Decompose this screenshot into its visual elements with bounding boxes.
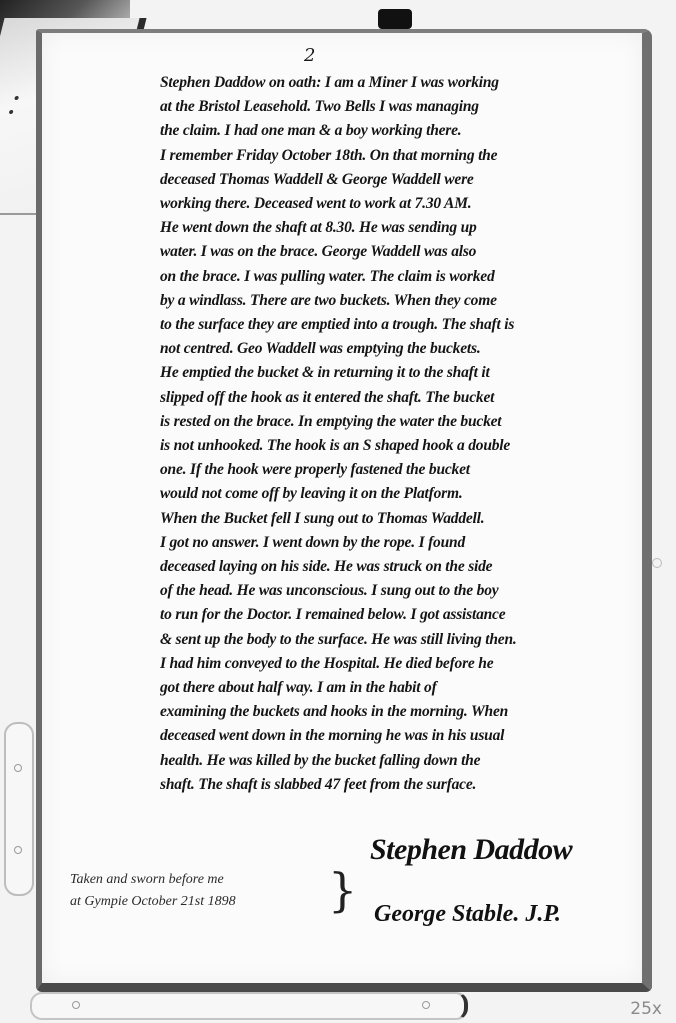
text-line: He emptied the bucket & in returning it … <box>160 361 630 385</box>
text-line: health. He was killed by the bucket fall… <box>160 749 630 773</box>
manuscript-page: 2 Stephen Daddow on oath: I am a Miner I… <box>36 29 652 992</box>
brace-mark: } <box>328 863 357 917</box>
text-line: He went down the shaft at 8.30. He was s… <box>160 216 630 240</box>
text-line: is rested on the brace. In emptying the … <box>160 410 630 434</box>
jurat-line: at Gympie October 21st 1898 <box>70 891 236 913</box>
text-line: to run for the Doctor. I remained below.… <box>160 603 630 627</box>
binder-tab <box>378 9 412 29</box>
deposition-text: Stephen Daddow on oath: I am a Miner I w… <box>160 71 630 797</box>
text-line: to the surface they are emptied into a t… <box>160 313 630 337</box>
ink-spot <box>9 110 14 114</box>
deponent-signature: Stephen Daddow <box>370 833 572 867</box>
punch-hole-icon <box>422 1001 430 1009</box>
text-line: shaft. The shaft is slabbed 47 feet from… <box>160 773 630 797</box>
jurat-line: Taken and sworn before me <box>70 869 236 891</box>
text-line: deceased Thomas Waddell & George Waddell… <box>160 168 630 192</box>
text-line: by a windlass. There are two buckets. Wh… <box>160 289 630 313</box>
text-line: water. I was on the brace. George Waddel… <box>160 240 630 264</box>
text-line: I remember Friday October 18th. On that … <box>160 144 630 168</box>
text-line: one. If the hook were properly fastened … <box>160 458 630 482</box>
jurat: Taken and sworn before me at Gympie Octo… <box>70 869 236 913</box>
text-line: got there about half way. I am in the ha… <box>160 676 630 700</box>
text-line: working there. Deceased went to work at … <box>160 192 630 216</box>
text-line: on the brace. I was pulling water. The c… <box>160 265 630 289</box>
text-line: examining the buckets and hooks in the m… <box>160 700 630 724</box>
text-line: at the Bristol Leasehold. Two Bells I wa… <box>160 95 630 119</box>
ink-spot <box>14 96 19 100</box>
punch-hole-icon <box>14 764 22 772</box>
text-line: When the Bucket fell I sung out to Thoma… <box>160 507 630 531</box>
zoom-level-label: 25x <box>630 999 662 1019</box>
text-line: I got no answer. I went down by the rope… <box>160 531 630 555</box>
punch-hole-icon <box>652 558 662 568</box>
text-line: not centred. Geo Waddell was emptying th… <box>160 337 630 361</box>
text-line: would not come off by leaving it on the … <box>160 482 630 506</box>
text-line: the claim. I had one man & a boy working… <box>160 119 630 143</box>
punch-hole-icon <box>72 1001 80 1009</box>
text-line: slipped off the hook as it entered the s… <box>160 386 630 410</box>
text-line: I had him conveyed to the Hospital. He d… <box>160 652 630 676</box>
page-number: 2 <box>304 45 315 66</box>
text-line: deceased went down in the morning he was… <box>160 724 630 748</box>
text-line: Stephen Daddow on oath: I am a Miner I w… <box>160 71 630 95</box>
justice-signature: George Stable. J.P. <box>374 901 561 928</box>
text-line: is not unhooked. The hook is an S shaped… <box>160 434 630 458</box>
text-line: & sent up the body to the surface. He wa… <box>160 628 630 652</box>
text-line: of the head. He was unconscious. I sung … <box>160 579 630 603</box>
binder-clip-left <box>4 722 34 896</box>
punch-hole-icon <box>14 846 22 854</box>
binder-clip-bottom <box>30 992 468 1020</box>
text-line: deceased laying on his side. He was stru… <box>160 555 630 579</box>
